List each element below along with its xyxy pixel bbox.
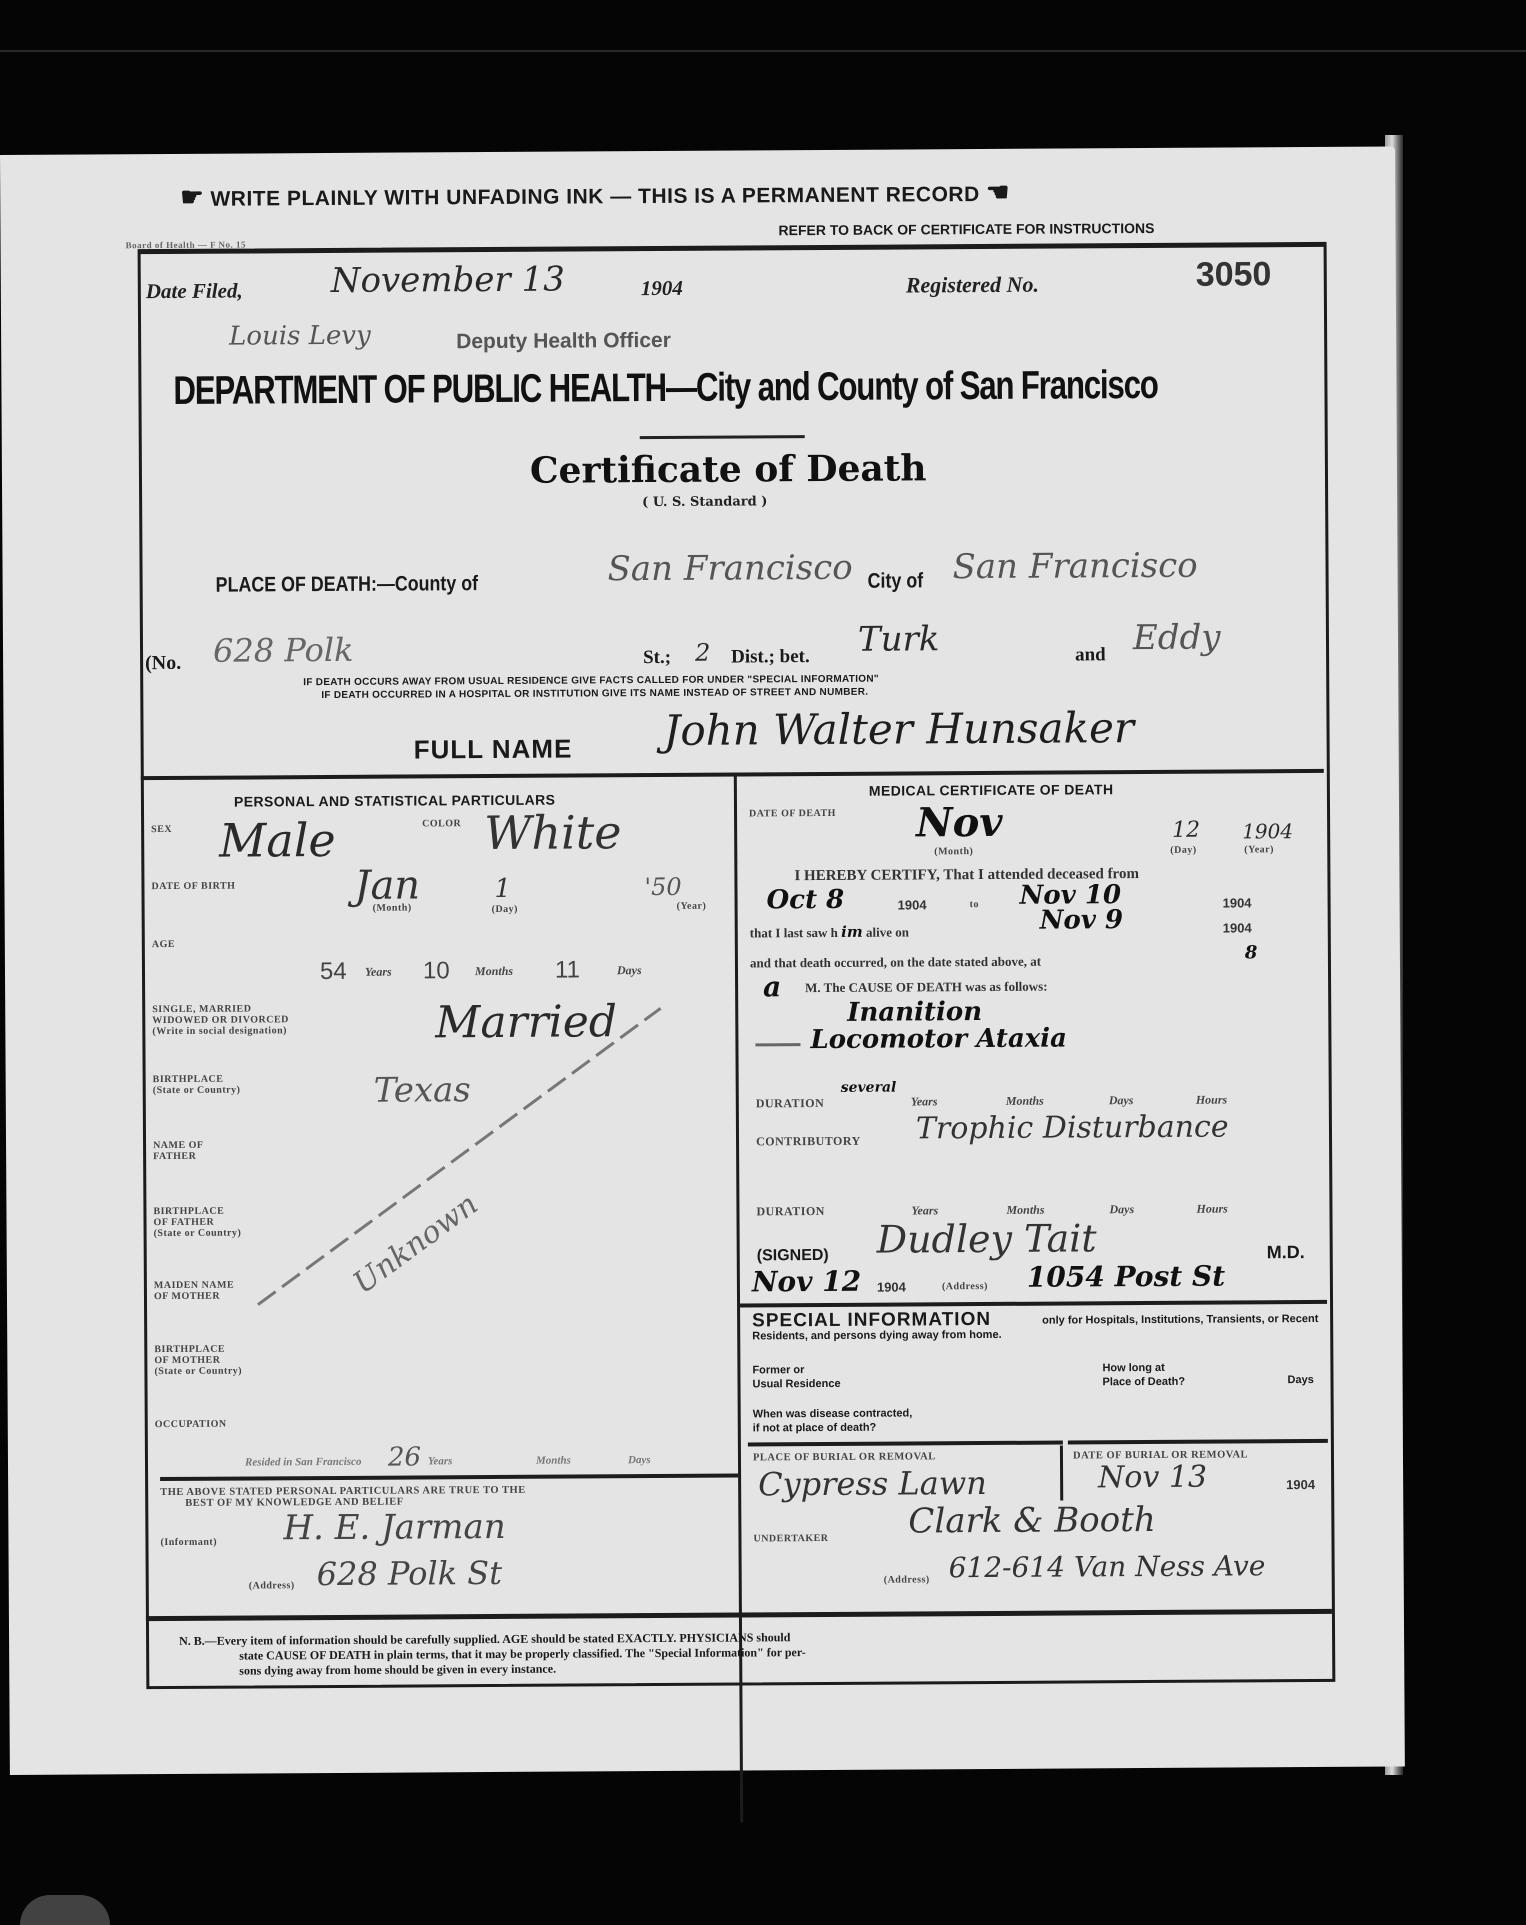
officer-signature: Louis Levy xyxy=(229,321,371,352)
md-label: M.D. xyxy=(1267,1242,1305,1263)
dod-month-caption: (Month) xyxy=(934,846,973,857)
scan-artifact-line xyxy=(0,50,1526,52)
death-certificate: ☛ WRITE PLAINLY WITH UNFADING INK — THIS… xyxy=(0,146,1405,1774)
informant-address-label: (Address) xyxy=(249,1580,295,1591)
cause-of-death-label: M. The CAUSE OF DEATH was as follows: xyxy=(805,979,1048,996)
duration-months-caption: Months xyxy=(1006,1094,1044,1109)
last-seen-date: Nov 9 xyxy=(1040,905,1124,936)
dod-year-caption: (Year) xyxy=(1244,844,1274,855)
burial-place-value: Cypress Lawn xyxy=(758,1464,987,1503)
standard-subtitle: ( U. S. Standard ) xyxy=(642,494,767,510)
days-caption: Days xyxy=(617,963,642,978)
color-label: COLOR xyxy=(422,818,461,829)
dist-label: Dist.; bet. xyxy=(731,646,810,668)
occurred-statement: and that death occurred, on the date sta… xyxy=(750,954,1041,972)
father-birthplace-label: BIRTHPLACE OF FATHER (State or Country) xyxy=(153,1206,241,1240)
full-name-value: John Walter Hunsaker xyxy=(663,703,1134,755)
place-of-death-label: PLACE OF DEATH:—County of xyxy=(216,572,479,598)
banner: ☛ WRITE PLAINLY WITH UNFADING INK — THIS… xyxy=(180,177,1010,213)
months-caption: Months xyxy=(475,964,513,979)
city-label: City of xyxy=(868,569,924,593)
attended-to-year: 1904 xyxy=(1223,895,1252,910)
street-value: 628 Polk xyxy=(213,631,354,670)
resided-label: Resided in San Francisco xyxy=(245,1456,362,1469)
duration-label: DURATION xyxy=(756,1098,825,1109)
age-years: 54 xyxy=(320,958,347,986)
birthplace-value: Texas xyxy=(374,1070,471,1111)
signed-date: Nov 12 xyxy=(752,1265,861,1299)
district-value: 2 xyxy=(695,639,710,667)
date-filed-year: 1904 xyxy=(641,276,683,301)
years-caption: Years xyxy=(365,965,392,980)
dod-label: DATE OF DEATH xyxy=(749,808,836,820)
dod-day: 12 xyxy=(1172,818,1200,843)
date-filed-label: Date Filed, xyxy=(146,279,243,305)
attended-from-year: 1904 xyxy=(898,897,927,912)
age-label: AGE xyxy=(152,939,175,950)
days-label: Days xyxy=(1287,1374,1313,1386)
resided-years-caption: Years xyxy=(428,1455,453,1467)
between-street-1: Turk xyxy=(858,619,940,659)
scan-artifact xyxy=(20,1895,110,1925)
former-residence-label: Former or Usual Residence xyxy=(752,1363,840,1392)
resided-months-caption: Months xyxy=(536,1455,571,1467)
duration-2-days-caption: Days xyxy=(1109,1202,1134,1217)
last-saw-statement: that I last saw h im alive on xyxy=(750,922,909,941)
resided-years: 26 xyxy=(388,1442,421,1472)
mother-name-label: MAIDEN NAME OF MOTHER xyxy=(154,1280,234,1302)
and-label: and xyxy=(1075,644,1106,666)
mother-birthplace-label: BIRTHPLACE OF MOTHER (State or Country) xyxy=(154,1344,242,1378)
how-long-label: How long at Place of Death? xyxy=(1102,1361,1185,1390)
undertaker-address-label: (Address) xyxy=(884,1574,930,1585)
st-label: St.; xyxy=(643,647,671,669)
year-caption: (Year) xyxy=(677,901,707,912)
duration-2-hours-caption: Hours xyxy=(1196,1202,1227,1217)
undertaker-address: 612-614 Van Ness Ave xyxy=(949,1549,1266,1584)
resided-days-caption: Days xyxy=(628,1454,651,1466)
contributory-value: Trophic Disturbance xyxy=(916,1110,1229,1147)
dash xyxy=(755,1043,800,1046)
burial-date-value: Nov 13 xyxy=(1098,1460,1207,1496)
officer-title: Deputy Health Officer xyxy=(456,329,671,354)
occupation-label: OCCUPATION xyxy=(155,1419,227,1430)
duration-2-label: DURATION xyxy=(756,1206,825,1217)
registered-label: Registered No. xyxy=(906,272,1039,299)
street-no-label: (No. xyxy=(145,652,181,675)
month-caption: (Month) xyxy=(373,902,412,913)
duration-2-months-caption: Months xyxy=(1006,1203,1044,1218)
father-name-label: NAME OF FATHER xyxy=(153,1140,204,1162)
burial-year-value: 1904 xyxy=(1286,1477,1315,1492)
informant-label: (Informant) xyxy=(160,1537,217,1548)
am-pm: a xyxy=(763,970,781,1003)
undertaker-value: Clark & Booth xyxy=(908,1500,1156,1542)
duration-days-caption: Days xyxy=(1109,1093,1134,1108)
county-value: San Francisco xyxy=(607,548,852,589)
sex-label: SEX xyxy=(151,824,172,835)
full-name-label: FULL NAME xyxy=(414,734,573,766)
duration-years-caption: Years xyxy=(911,1094,938,1109)
duration-value: several xyxy=(841,1080,897,1096)
certificate-title: Certificate of Death xyxy=(530,447,927,491)
burial-column-divider xyxy=(1060,1446,1063,1501)
pointing-hand-icon: ☛ xyxy=(180,182,204,212)
duration-2-years-caption: Years xyxy=(911,1203,938,1218)
day-caption: (Day) xyxy=(492,904,518,915)
footer-note: N. B.—Every item of information should b… xyxy=(179,1627,1269,1679)
marital-label: SINGLE, MARRIED WIDOWED OR DIVORCED (Wri… xyxy=(152,1003,289,1037)
signed-year: 1904 xyxy=(877,1279,906,1294)
dob-year: '50 xyxy=(644,873,681,901)
marital-value: Married xyxy=(435,996,617,1048)
dod-month: Nov xyxy=(916,799,1003,847)
duration-hours-caption: Hours xyxy=(1196,1093,1227,1108)
registered-number: 3050 xyxy=(1196,255,1272,294)
pointing-hand-icon: ☚ xyxy=(986,177,1010,207)
signed-label: (SIGNED) xyxy=(757,1247,829,1265)
department-title: DEPARTMENT OF PUBLIC HEALTH—City and Cou… xyxy=(173,363,1158,414)
age-days: 11 xyxy=(555,956,580,984)
burial-place-label: PLACE OF BURIAL OR REMOVAL xyxy=(753,1451,936,1463)
age-months: 10 xyxy=(423,957,450,985)
sex-value: Male xyxy=(219,813,336,868)
undertaker-label: UNDERTAKER xyxy=(753,1533,828,1544)
date-filed-value: November 13 xyxy=(331,260,565,301)
instructions-note: REFER TO BACK OF CERTIFICATE FOR INSTRUC… xyxy=(778,220,1154,238)
dod-day-caption: (Day) xyxy=(1170,845,1196,856)
to-label: to xyxy=(970,899,979,910)
physician-signature: Dudley Tait xyxy=(877,1216,1097,1261)
dob-day: 1 xyxy=(494,874,511,904)
contracted-label: When was disease contracted, if not at p… xyxy=(753,1406,913,1435)
birthplace-label: BIRTHPLACE (State or Country) xyxy=(153,1074,241,1097)
physician-address: 1054 Post St xyxy=(1027,1260,1225,1294)
last-seen-year: 1904 xyxy=(1223,920,1252,935)
city-value: San Francisco xyxy=(952,546,1197,587)
color-value: White xyxy=(484,805,622,860)
medical-heading: MEDICAL CERTIFICATE OF DEATH xyxy=(869,781,1114,798)
attest-statement: THE ABOVE STATED PERSONAL PARTICULARS AR… xyxy=(160,1485,526,1509)
dob-label: DATE OF BIRTH xyxy=(151,881,235,893)
contributory-label: CONTRIBUTORY xyxy=(756,1136,861,1148)
hour-of-death: 8 xyxy=(1245,942,1258,963)
attended-from-date: Oct 8 xyxy=(766,885,844,915)
special-subheading: only for Hospitals, Institutions, Transi… xyxy=(752,1312,1330,1344)
cause-of-death-2: Locomotor Ataxia xyxy=(810,1023,1067,1055)
informant-value: H. E. Jarman xyxy=(283,1507,506,1548)
informant-address: 628 Polk St xyxy=(317,1554,503,1593)
dod-year: 1904 xyxy=(1242,819,1293,843)
physician-address-label: (Address) xyxy=(942,1281,988,1292)
between-street-2: Eddy xyxy=(1133,618,1221,659)
